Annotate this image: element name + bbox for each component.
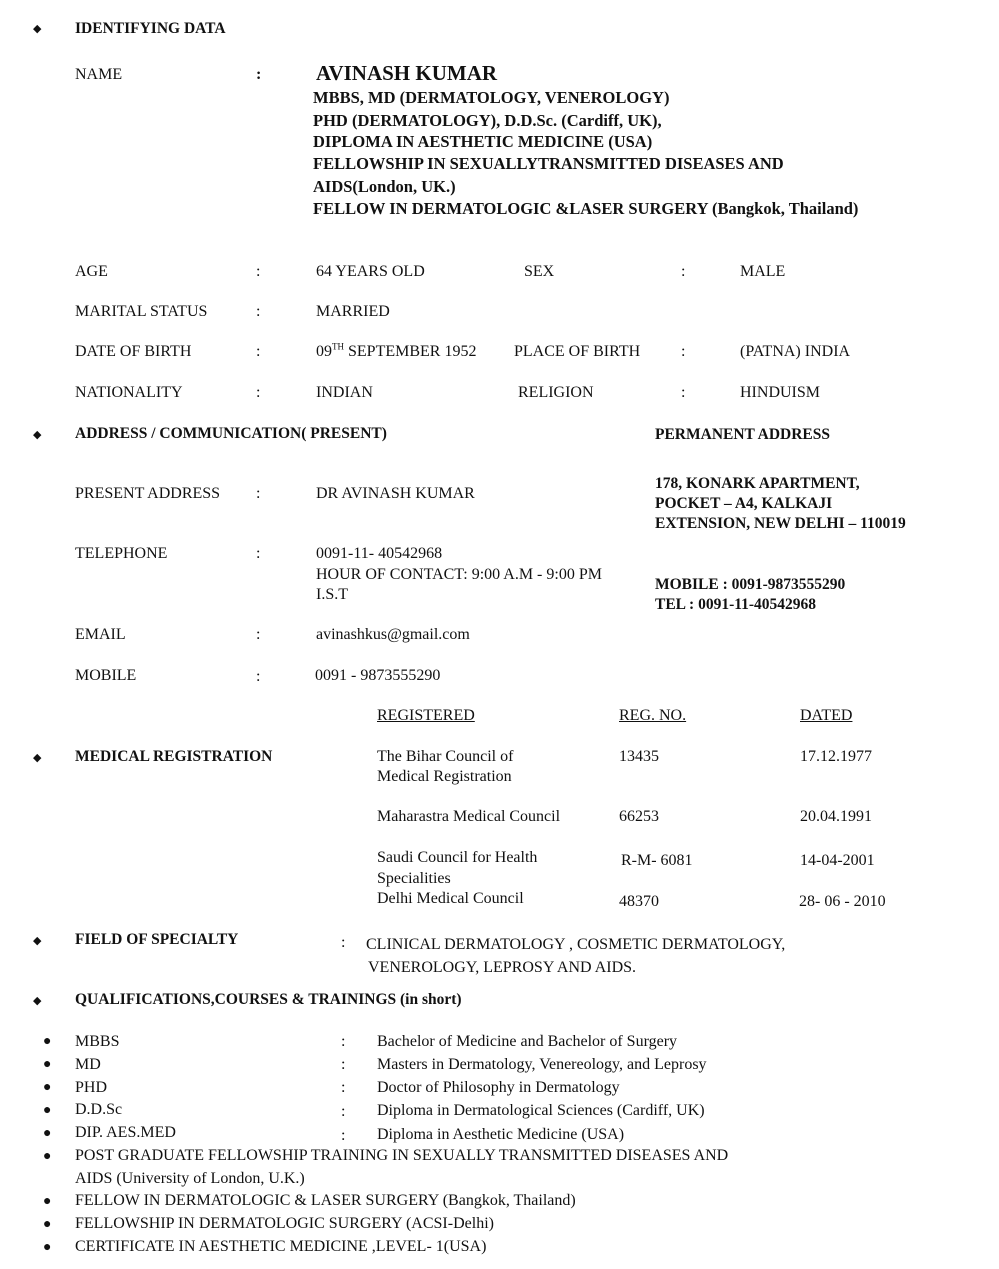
colon: : — [256, 66, 261, 84]
bullet-dot-icon: ● — [43, 1127, 51, 1141]
colon: : — [681, 343, 685, 361]
permanent-tel: TEL : 0091-11-40542968 — [655, 596, 816, 614]
religion-value: HINDUISM — [740, 384, 820, 402]
qualification-abbr: D.D.Sc — [75, 1101, 122, 1119]
colon: : — [256, 485, 260, 503]
qualification-abbr: MBBS — [75, 1033, 119, 1051]
section-heading-permanent-address: PERMANENT ADDRESS — [655, 426, 830, 444]
reg-date: 28- 06 - 2010 — [799, 893, 886, 911]
column-header-registered: REGISTERED — [377, 707, 475, 725]
permanent-mobile: MOBILE : 0091-9873555290 — [655, 576, 845, 594]
colon: : — [256, 545, 260, 563]
name-label: NAME — [75, 66, 122, 84]
permanent-address-line: 178, KONARK APARTMENT, — [655, 475, 860, 493]
bullet-dot-icon: ● — [43, 1058, 51, 1072]
person-name: AVINASH KUMAR — [316, 61, 497, 85]
bullet-dot-icon: ● — [43, 1195, 51, 1209]
council-name: Medical Registration — [377, 768, 512, 786]
bullet-dot-icon: ● — [43, 1241, 51, 1255]
dob-value: 09TH SEPTEMBER 1952 — [316, 343, 476, 361]
colon: : — [341, 1056, 345, 1074]
present-address-value: DR AVINASH KUMAR — [316, 485, 475, 503]
specialty-line: VENEROLOGY, LEPROSY AND AIDS. — [368, 959, 636, 977]
qualification-abbr: DIP. AES.MED — [75, 1124, 176, 1142]
reg-number: 66253 — [619, 808, 659, 826]
sex-value: MALE — [740, 263, 785, 281]
section-heading-identifying: IDENTIFYING DATA — [75, 20, 226, 38]
credential-line: MBBS, MD (DERMATOLOGY, VENEROLOGY) — [313, 89, 669, 108]
training-line: CERTIFICATE IN AESTHETIC MEDICINE ,LEVEL… — [75, 1238, 486, 1256]
qualification-full: Masters in Dermatology, Venereology, and… — [377, 1056, 707, 1074]
colon: : — [681, 263, 685, 281]
column-header-dated: DATED — [800, 707, 852, 725]
section-heading-qualifications: QUALIFICATIONS,COURSES & TRAININGS (in s… — [75, 991, 462, 1009]
reg-number: 48370 — [619, 893, 659, 911]
credential-line: FELLOW IN DERMATOLOGIC &LASER SURGERY (B… — [313, 200, 858, 219]
section-heading-specialty: FIELD OF SPECIALTY — [75, 931, 238, 949]
bullet-dot-icon: ● — [43, 1035, 51, 1049]
age-label: AGE — [75, 263, 108, 281]
colon: : — [256, 384, 260, 402]
diamond-bullet-icon: ◆ — [33, 936, 41, 947]
council-name: Maharastra Medical Council — [377, 808, 560, 826]
qualification-abbr: MD — [75, 1056, 101, 1074]
mobile-label: MOBILE — [75, 667, 136, 685]
reg-date: 17.12.1977 — [800, 748, 872, 766]
reg-number: R-M- 6081 — [621, 852, 693, 870]
colon: : — [256, 668, 260, 686]
colon: : — [341, 1103, 345, 1121]
contact-hours: HOUR OF CONTACT: 9:00 A.M - 9:00 PM — [316, 566, 602, 584]
email-label: EMAIL — [75, 626, 126, 644]
contact-timezone: I.S.T — [316, 586, 348, 604]
diamond-bullet-icon: ◆ — [33, 753, 41, 764]
council-name: The Bihar Council of — [377, 748, 513, 766]
section-heading-registration: MEDICAL REGISTRATION — [75, 748, 272, 766]
colon: : — [256, 303, 260, 321]
marital-label: MARITAL STATUS — [75, 303, 207, 321]
bullet-dot-icon: ● — [43, 1150, 51, 1164]
reg-date: 14-04-2001 — [800, 852, 875, 870]
council-name: Delhi Medical Council — [377, 890, 524, 908]
permanent-address-line: EXTENSION, NEW DELHI – 110019 — [655, 515, 906, 533]
council-name: Specialities — [377, 870, 451, 888]
age-value: 64 YEARS OLD — [316, 263, 425, 281]
colon: : — [341, 934, 345, 952]
colon: : — [341, 1079, 345, 1097]
diamond-bullet-icon: ◆ — [33, 430, 41, 441]
council-name: Saudi Council for Health — [377, 849, 537, 867]
colon: : — [256, 343, 260, 361]
qualification-abbr: PHD — [75, 1079, 107, 1097]
bullet-dot-icon: ● — [43, 1104, 51, 1118]
nationality-value: INDIAN — [316, 384, 373, 402]
colon: : — [341, 1127, 345, 1145]
present-address-label: PRESENT ADDRESS — [75, 485, 220, 503]
credential-line: AIDS(London, UK.) — [313, 178, 456, 197]
reg-number: 13435 — [619, 748, 659, 766]
religion-label: RELIGION — [518, 384, 594, 402]
email-link[interactable]: avinashkus@gmail.com — [316, 626, 470, 644]
bullet-dot-icon: ● — [43, 1081, 51, 1095]
training-line: FELLOW IN DERMATOLOGIC & LASER SURGERY (… — [75, 1192, 576, 1210]
qualification-full: Doctor of Philosophy in Dermatology — [377, 1079, 620, 1097]
training-line: FELLOWSHIP IN DERMATOLOGIC SURGERY (ACSI… — [75, 1215, 494, 1233]
nationality-label: NATIONALITY — [75, 384, 183, 402]
colon: : — [681, 384, 685, 402]
qualification-full: Diploma in Dermatological Sciences (Card… — [377, 1102, 705, 1120]
colon: : — [256, 263, 260, 281]
sex-label: SEX — [524, 263, 554, 281]
colon: : — [341, 1033, 345, 1051]
diamond-bullet-icon: ◆ — [33, 24, 41, 35]
pob-value: (PATNA) INDIA — [740, 343, 850, 361]
diamond-bullet-icon: ◆ — [33, 996, 41, 1007]
column-header-reg-no: REG. NO. — [619, 707, 686, 725]
mobile-value: 0091 - 9873555290 — [315, 667, 440, 685]
pob-label: PLACE OF BIRTH — [514, 343, 640, 361]
telephone-label: TELEPHONE — [75, 545, 167, 563]
specialty-line: CLINICAL DERMATOLOGY , COSMETIC DERMATOL… — [366, 936, 785, 954]
credential-line: DIPLOMA IN AESTHETIC MEDICINE (USA) — [313, 133, 652, 152]
credential-line: FELLOWSHIP IN SEXUALLYTRANSMITTED DISEAS… — [313, 155, 784, 174]
training-line: AIDS (University of London, U.K.) — [75, 1170, 305, 1188]
section-heading-address: ADDRESS / COMMUNICATION( PRESENT) — [75, 425, 387, 443]
credential-line: PHD (DERMATOLOGY), D.D.Sc. (Cardiff, UK)… — [313, 112, 662, 131]
colon: : — [256, 626, 260, 644]
qualification-full: Bachelor of Medicine and Bachelor of Sur… — [377, 1033, 677, 1051]
bullet-dot-icon: ● — [43, 1218, 51, 1232]
permanent-address-line: POCKET – A4, KALKAJI — [655, 495, 832, 513]
telephone-value: 0091-11- 40542968 — [316, 545, 442, 563]
qualification-full: Diploma in Aesthetic Medicine (USA) — [377, 1126, 624, 1144]
reg-date: 20.04.1991 — [800, 808, 872, 826]
dob-label: DATE OF BIRTH — [75, 343, 191, 361]
marital-value: MARRIED — [316, 303, 390, 321]
training-line: POST GRADUATE FELLOWSHIP TRAINING IN SEX… — [75, 1147, 728, 1165]
